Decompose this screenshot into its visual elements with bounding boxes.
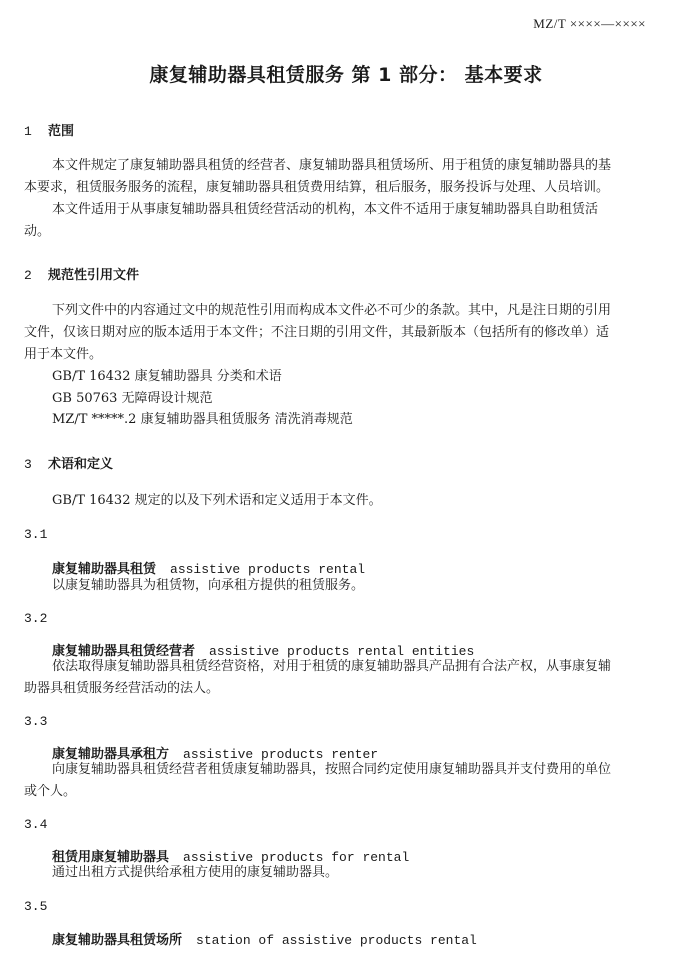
clause-number: 3.2 <box>24 611 47 626</box>
reference-item: MZ/T *****.2 康复辅助器具租赁服务 清洗消毒规范 <box>52 409 353 430</box>
definition-line: 依法取得康复辅助器具租赁经营资格，对用于租赁的康复辅助器具产品拥有合法产权，从事… <box>52 656 611 677</box>
term-entry: 康复辅助器具租赁场所station of assistive products … <box>52 929 477 948</box>
paragraph-line: 下列文件中的内容通过文中的规范性引用而构成本文件必不可少的条款。其中，凡是注日期… <box>52 300 611 321</box>
paragraph-line: 本文件规定了康复辅助器具租赁的经营者、康复辅助器具租赁场所、用于租赁的康复辅助器… <box>52 155 611 176</box>
definition-line: 或个人。 <box>24 781 76 802</box>
section-title: 术语和定义 <box>48 457 113 472</box>
section-heading-normative-references: 2规范性引用文件 <box>24 264 139 283</box>
term-english: station of assistive products rental <box>196 933 477 948</box>
definition-line: 向康复辅助器具租赁经营者租赁康复辅助器具，按照合同约定使用康复辅助器具并支付费用… <box>52 759 611 780</box>
paragraph-line: 用于本文件。 <box>24 344 102 365</box>
paragraph-line: GB/T 16432 规定的以及下列术语和定义适用于本文件。 <box>52 490 382 511</box>
section-title: 范围 <box>48 124 74 139</box>
paragraph-line: 本要求，租赁服务服务的流程，康复辅助器具租赁费用结算，租后服务，服务投诉与处理、… <box>24 177 609 198</box>
document-title: 康复辅助器具租赁服务 第 1 部分： 基本要求 <box>0 60 692 87</box>
definition-line: 助器具租赁服务经营活动的法人。 <box>24 678 219 699</box>
paragraph-line: 动。 <box>24 221 50 242</box>
section-number: 2 <box>24 268 48 283</box>
definition-line: 以康复辅助器具为租赁物，向承租方提供的租赁服务。 <box>52 575 364 596</box>
section-number: 1 <box>24 124 48 139</box>
definition-line: 通过出租方式提供给承租方使用的康复辅助器具。 <box>52 862 338 883</box>
section-number: 3 <box>24 457 48 472</box>
clause-number: 3.4 <box>24 817 47 832</box>
clause-number: 3.1 <box>24 527 47 542</box>
section-heading-scope: 1范围 <box>24 120 74 139</box>
clause-number: 3.5 <box>24 899 47 914</box>
reference-item: GB 50763 无障碍设计规范 <box>52 388 213 409</box>
clause-number: 3.3 <box>24 714 47 729</box>
section-title: 规范性引用文件 <box>48 268 139 283</box>
term-chinese: 康复辅助器具租赁场所 <box>52 933 182 948</box>
reference-item: GB/T 16432 康复辅助器具 分类和术语 <box>52 366 282 387</box>
section-heading-terms-definitions: 3术语和定义 <box>24 453 113 472</box>
paragraph-line: 文件，仅该日期对应的版本适用于本文件；不注日期的引用文件，其最新版本（包括所有的… <box>24 322 609 343</box>
document-code: MZ/T ××××—×××× <box>533 16 646 32</box>
paragraph-line: 本文件适用于从事康复辅助器具租赁经营活动的机构，本文件不适用于康复辅助器具自助租… <box>52 199 598 220</box>
